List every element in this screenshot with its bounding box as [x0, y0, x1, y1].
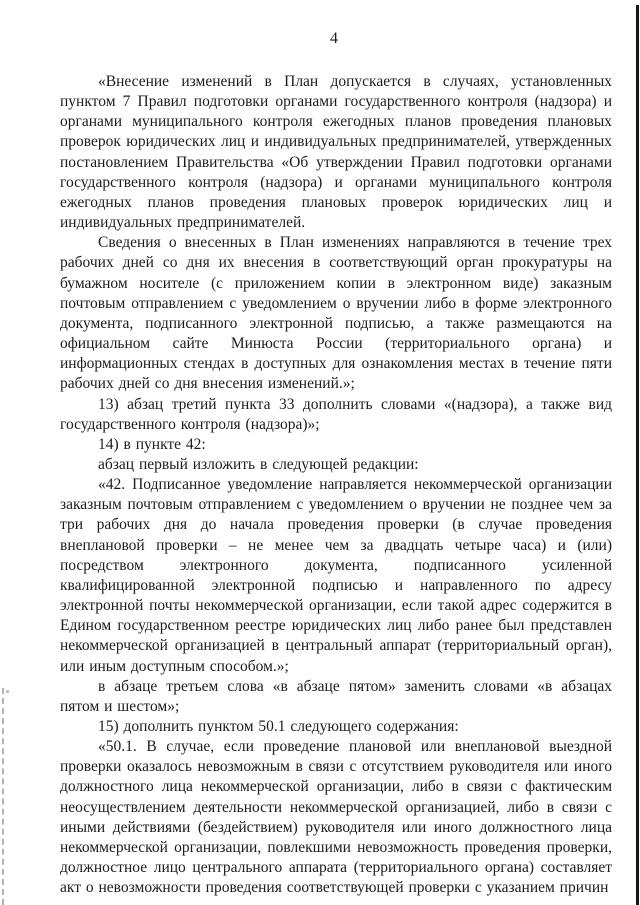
- paragraph: 14) в пункте 42:: [60, 435, 612, 455]
- paragraph: 13) абзац третий пункта 33 дополнить сло…: [60, 395, 612, 435]
- scan-artifact-left-dot: [6, 690, 9, 693]
- scan-artifact-left-edge-dashes: [2, 688, 4, 905]
- paragraph: «Внесение изменений в План допускается в…: [60, 72, 612, 233]
- paragraph: абзац первый изложить в следующей редакц…: [60, 455, 612, 475]
- paragraph: в абзаце третьем слова «в абзаце пятом» …: [60, 677, 612, 717]
- document-body: «Внесение изменений в План допускается в…: [60, 72, 612, 898]
- paragraph: 15) дополнить пунктом 50.1 следующего со…: [60, 717, 612, 737]
- scan-artifact-right-edge-line: [636, 5, 639, 905]
- paragraph: «42. Подписанное уведомление направляетс…: [60, 475, 612, 677]
- paragraph: «50.1. В случае, если проведение планово…: [60, 737, 612, 898]
- paragraph: Сведения о внесенных в План изменениях н…: [60, 233, 612, 394]
- page-number: 4: [14, 30, 640, 48]
